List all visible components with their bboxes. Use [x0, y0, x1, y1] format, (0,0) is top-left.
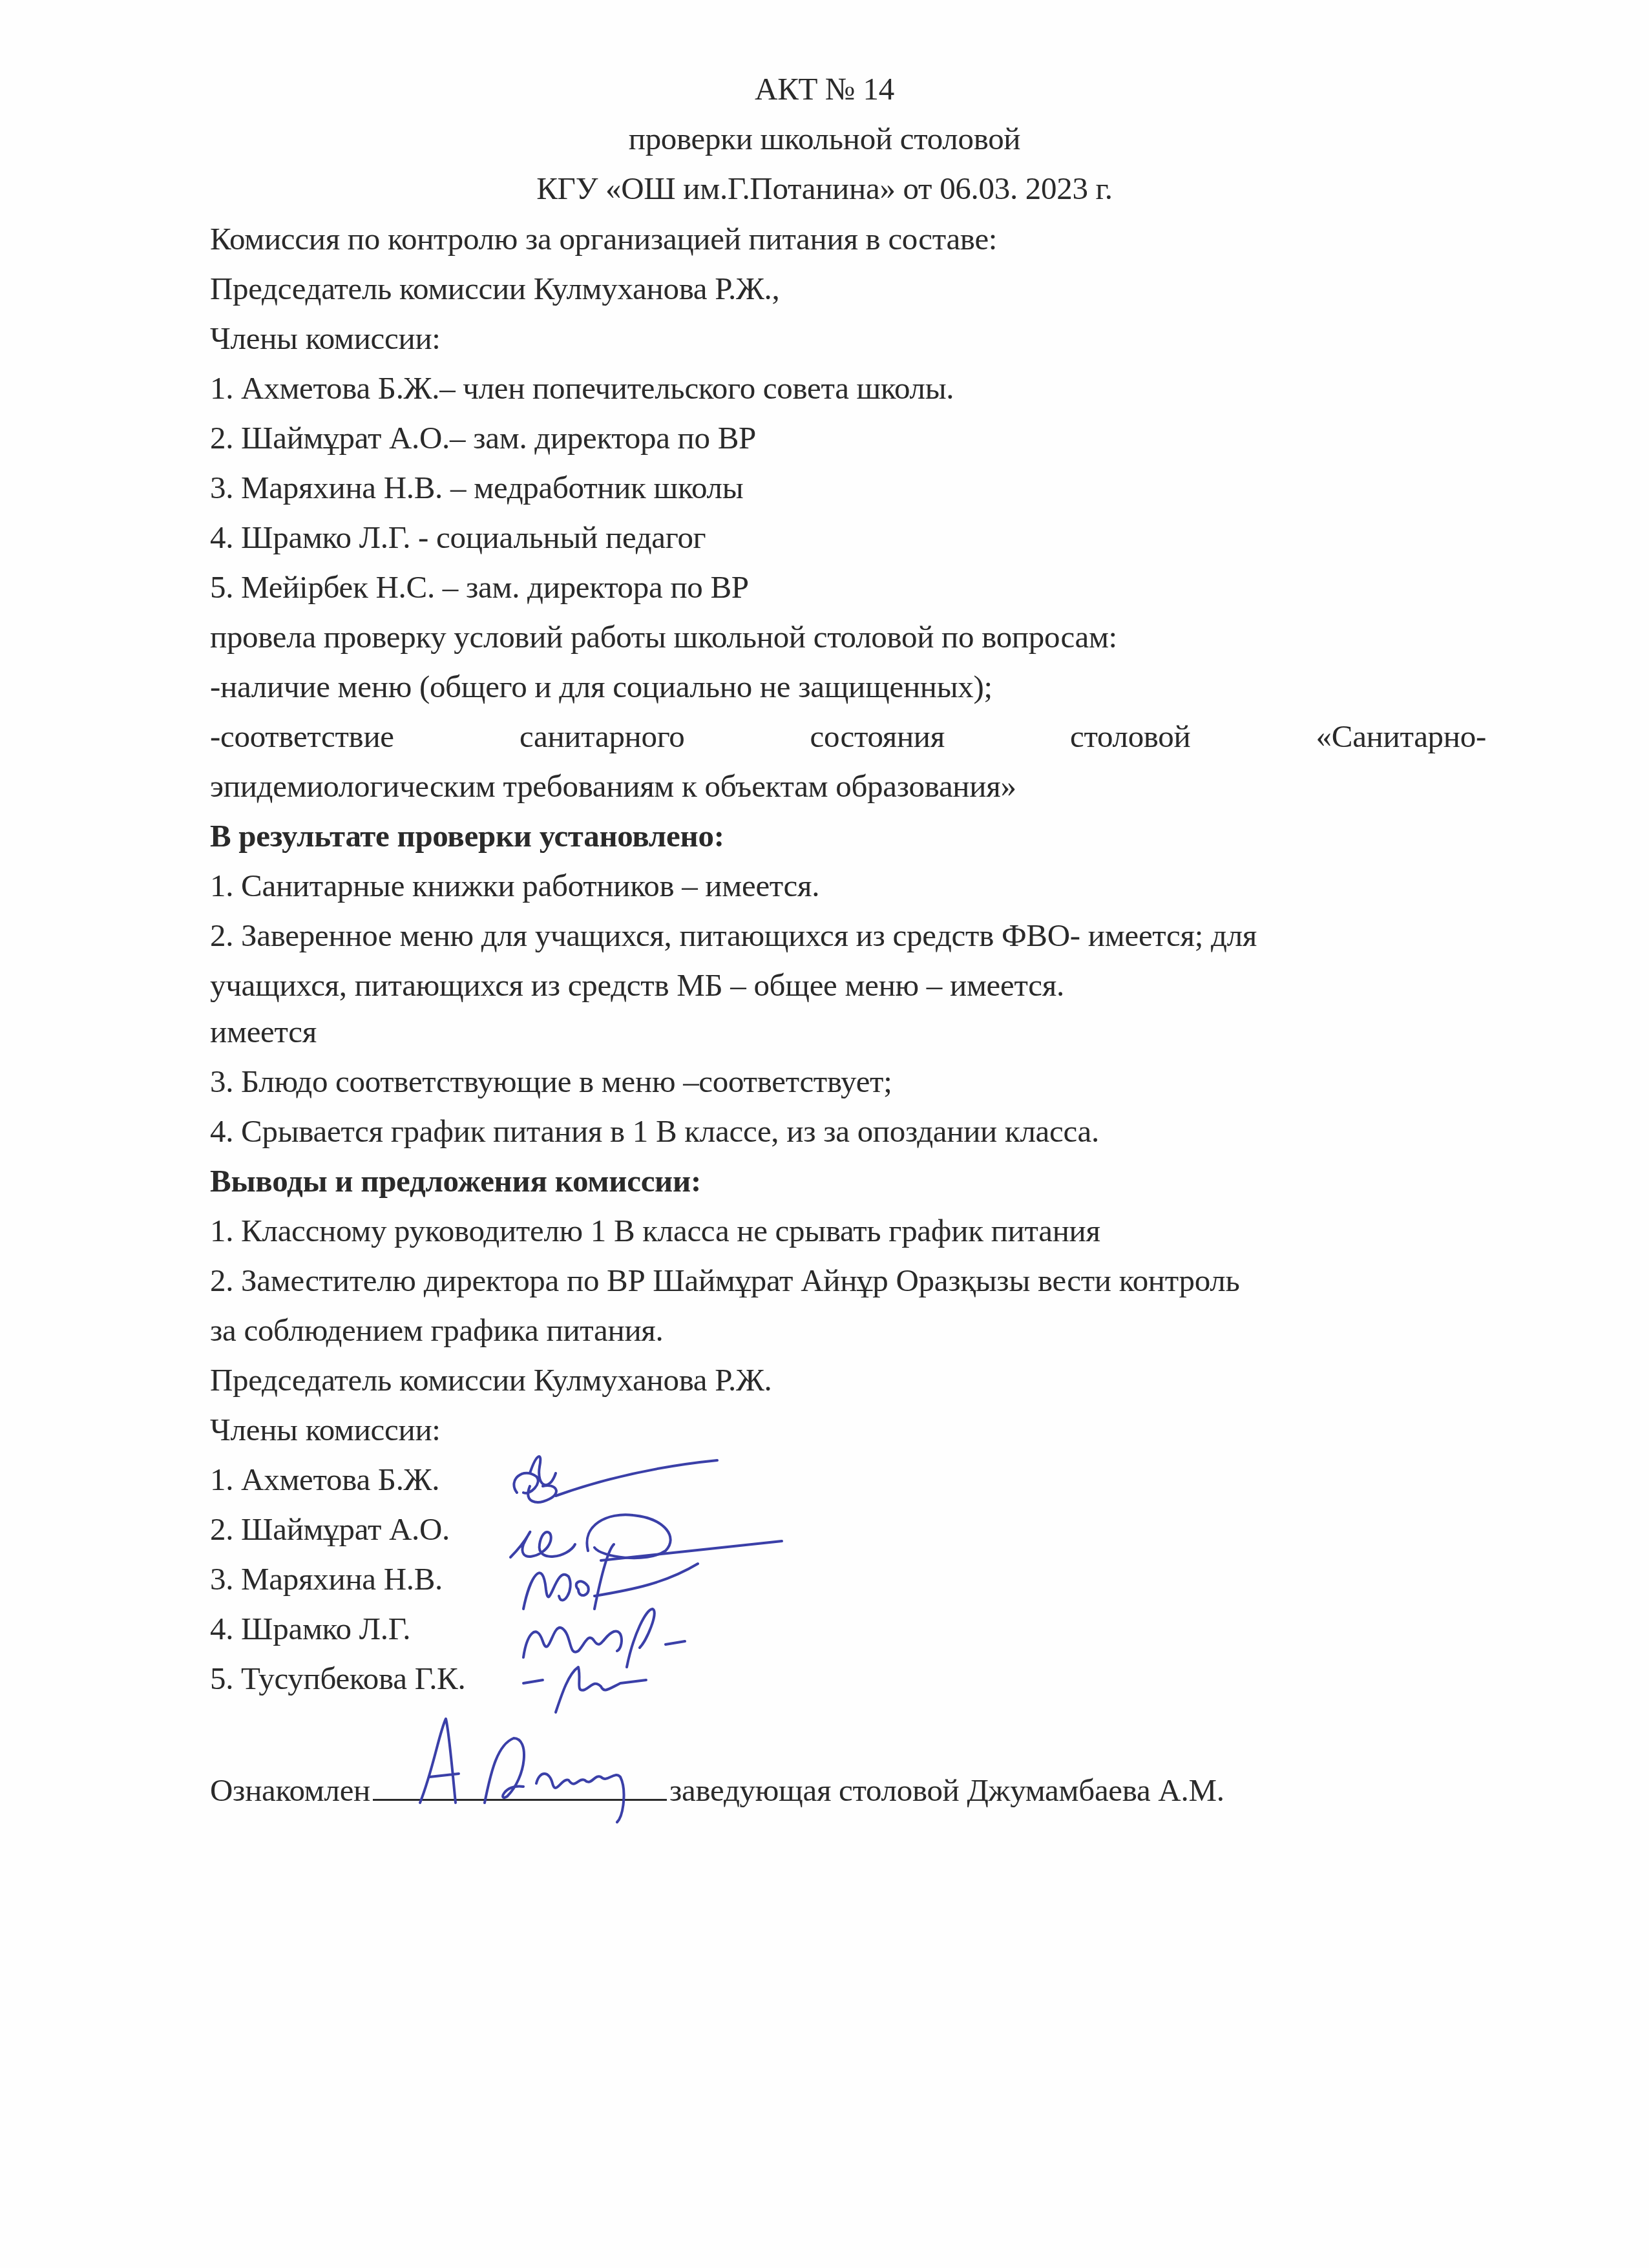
- signature-chair: Председатель комиссии Кулмуханова Р.Ж.: [210, 1361, 772, 1400]
- signature-member: 5. Тусупбекова Г.К.: [210, 1659, 465, 1698]
- commission-chair: Председатель комиссии Кулмуханова Р.Ж.,: [210, 269, 780, 308]
- scope-word: «Санитарно-: [1316, 717, 1486, 756]
- document-page: АКТ № 14 проверки школьной столовой КГУ …: [0, 0, 1649, 2268]
- commission-members-label: Члены комиссии:: [210, 319, 441, 358]
- commission-intro: Комиссия по контролю за организацией пит…: [210, 220, 997, 258]
- commission-member: 1. Ахметова Б.Ж.– член попечительского с…: [210, 369, 954, 408]
- act-org-date: КГУ «ОШ им.Г.Потанина» от 06.03. 2023 г.: [0, 169, 1649, 208]
- scope-word: столовой: [1070, 717, 1190, 756]
- conclusion-item: 2. Заместителю директора по ВР Шаймұрат …: [210, 1261, 1239, 1300]
- acknowledged-label: Ознакомлен: [210, 1772, 370, 1808]
- commission-member: 2. Шаймұрат А.О.– зам. директора по ВР: [210, 419, 756, 457]
- finding-item: 2. Заверенное меню для учащихся, питающи…: [210, 916, 1257, 955]
- conclusions-heading: Выводы и предложения комиссии:: [210, 1162, 701, 1201]
- findings-heading: В результате проверки установлено:: [210, 817, 724, 856]
- finding-item: 1. Санитарные книжки работников – имеетс…: [210, 866, 819, 905]
- scope-word: состояния: [810, 717, 945, 756]
- act-title: АКТ № 14: [0, 70, 1649, 109]
- signature-members-label: Члены комиссии:: [210, 1411, 441, 1449]
- finding-item-cont: имеется: [210, 1013, 317, 1051]
- act-subtitle: проверки школьной столовой: [0, 120, 1649, 158]
- commission-member: 5. Мейірбек Н.С. – зам. директора по ВР: [210, 568, 749, 607]
- signature-member: 2. Шаймұрат А.О.: [210, 1510, 450, 1549]
- commission-member: 4. Шрамко Л.Г. - социальный педагог: [210, 518, 706, 557]
- finding-item-cont: учащихся, питающихся из средств МБ – общ…: [210, 966, 1064, 1005]
- conclusion-item-cont: за соблюдением графика питания.: [210, 1311, 664, 1350]
- commission-member: 3. Маряхина Н.В. – медработник школы: [210, 468, 743, 507]
- scope-item-sanitary: -соответствие санитарного состояния стол…: [210, 717, 1486, 756]
- conclusion-item: 1. Классному руководителю 1 В класса не …: [210, 1212, 1100, 1250]
- scope-word: -соответствие: [210, 717, 394, 756]
- scope-item-sanitary-cont: эпидемиологическим требованиям к объекта…: [210, 767, 1016, 806]
- signature-member: 4. Шрамко Л.Г.: [210, 1610, 410, 1648]
- scope-intro: провела проверку условий работы школьной…: [210, 618, 1117, 656]
- finding-item: 4. Срывается график питания в 1 В классе…: [210, 1112, 1099, 1151]
- signature-member: 1. Ахметова Б.Ж.: [210, 1460, 439, 1499]
- signature-ink-acknowledgement-icon: [401, 1706, 737, 1835]
- acknowledged-by: заведующая столовой Джумамбаева А.М.: [669, 1772, 1224, 1808]
- signature-member: 3. Маряхина Н.В.: [210, 1560, 443, 1599]
- finding-item: 3. Блюдо соответствующие в меню –соответ…: [210, 1062, 892, 1101]
- scope-word: санитарного: [520, 717, 685, 756]
- scope-item-menu: -наличие меню (общего и для социально не…: [210, 667, 993, 706]
